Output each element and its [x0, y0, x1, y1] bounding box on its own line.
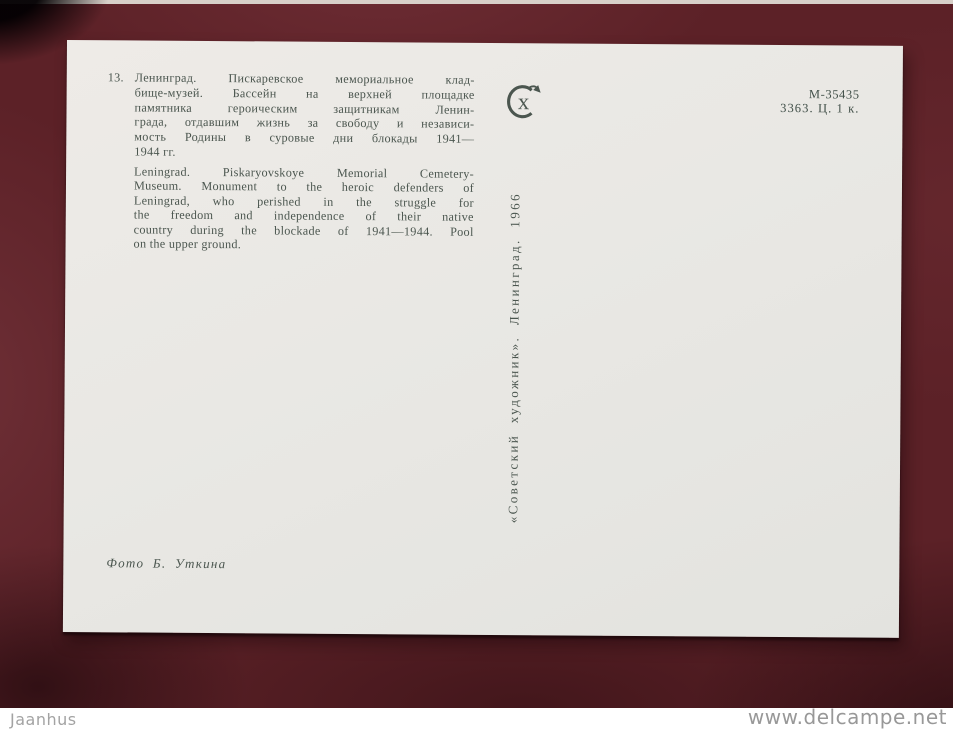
caption-russian: Ленинград. Пискаревское мемориальное кла… [134, 70, 475, 161]
publisher-spine-text: «Советский художник». Ленинград. 1966 [505, 158, 525, 558]
svg-text:х: х [518, 89, 530, 114]
caption-line: on the upper ground. [134, 237, 474, 254]
catalog-block: М-35435 3363. Ц. 1 к. [780, 87, 860, 116]
watermark-strip: Jaanhus www.delcampe.net [0, 708, 953, 730]
caption-line: 1944 гг. [134, 144, 474, 161]
photo-credit: Фото Б. Уткина [106, 555, 226, 572]
caption-line: мость Родины в суровые дни блокады 1941— [134, 130, 474, 147]
postcard-back: 13. Ленинград. Пискаревское мемориальное… [63, 40, 903, 638]
catalog-number: М-35435 [780, 87, 860, 102]
price-line: 3363. Ц. 1 к. [780, 101, 860, 116]
item-number: 13. [108, 70, 124, 85]
caption-english: Leningrad. Piskaryovskoye Memorial Cemet… [134, 164, 475, 253]
watermark-site: www.delcampe.net [748, 705, 947, 729]
watermark-seller: Jaanhus [10, 710, 77, 729]
soviet-artist-publisher-logo-icon: х [500, 80, 544, 122]
